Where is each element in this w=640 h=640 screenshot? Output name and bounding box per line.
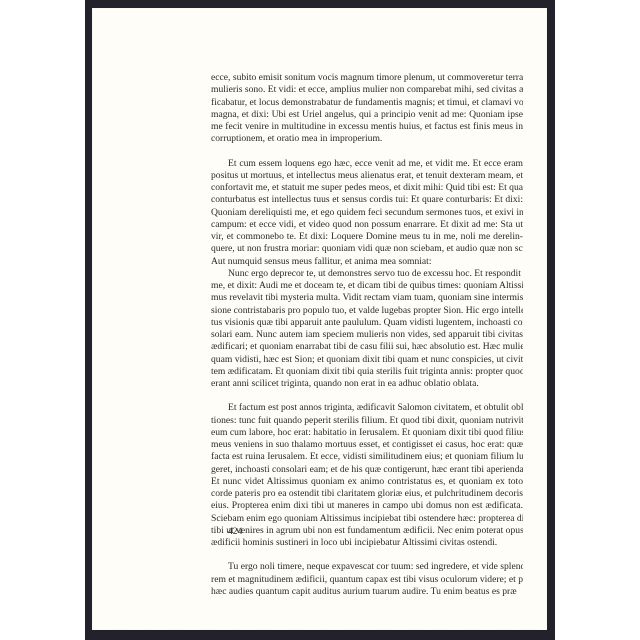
text-line: me, et dixit: Audi me et doceam te, et d… (211, 280, 523, 292)
text-line: positus ut mortuus, et intellectus meus … (211, 170, 523, 182)
text-line: ficabatur, et locus demonstrabatur de fu… (211, 97, 523, 109)
text-line: magna, et dixi: Ubi est Uriel angelus, q… (211, 109, 523, 121)
text-line: rem et magnitudinem ædificii, quantum ca… (211, 574, 523, 586)
paragraph: ecce, subito emisit sonitum vocis magnum… (211, 72, 523, 146)
text-line: ecce, subito emisit sonitum vocis magnum… (211, 72, 523, 84)
text-line: Et factum est post annos triginta, ædifi… (211, 402, 523, 414)
text-line: eius. Propterea enim dixi tibi ut manere… (211, 500, 523, 512)
text-line: eum cum labore, hoc erat: habitatio in I… (211, 427, 523, 439)
text-line: Sciebam enim ego quoniam Altissimus inci… (211, 513, 523, 525)
text-line: tem ædificatam. Et quoniam dixit tibi qu… (211, 366, 523, 378)
text-line: corruptionem, et oratio mea in improperi… (211, 133, 523, 145)
text-line: confortavit me, et statuit me super pede… (211, 182, 523, 194)
text-line: solari eam. Nunc autem iam speciem mulie… (211, 329, 523, 341)
text-line: Aut numquid sensus meus fallitur, et ani… (211, 256, 523, 268)
text-line: me fecit venire in multitudine in excess… (211, 121, 523, 133)
text-line: Et cum essem loquens ego hæc, ecce venit… (211, 158, 523, 170)
text-line: geret, inchoasti consolari eam; et de hi… (211, 464, 523, 476)
text-line: tus visionis quæ tibi apparuit ante paul… (211, 317, 523, 329)
paragraph: Nunc ergo deprecor te, ut demonstres ser… (211, 268, 523, 391)
text-line: Nunc ergo deprecor te, ut demonstres ser… (211, 268, 523, 280)
text-line: sione contristabaris pro populo tuo, et … (211, 305, 523, 317)
text-line: Et nunc videt Altissimus quoniam ex anim… (211, 476, 523, 488)
text-line: tiones: tunc fuit quando peperit sterili… (211, 415, 523, 427)
text-line: corde pateris pro ea ostendit tibi clari… (211, 488, 523, 500)
text-line: mulieris sono. Et vidi: et ecce, amplius… (211, 84, 523, 96)
text-line: facta est ruina Ierusalem. Et ecce, vidi… (211, 451, 523, 463)
text-line: hæc audies quantum capit auditus aurium … (211, 586, 523, 598)
text-line: ædificari; et quoniam enarrabat tibi de … (211, 341, 523, 353)
text-line: erant anni scilicet triginta, quando non… (211, 378, 523, 390)
page-number: 424 (228, 526, 242, 537)
paragraph: Et factum est post annos triginta, ædifi… (211, 402, 523, 549)
text-line: tibi ut venires in agrum ubi non est fun… (211, 525, 523, 537)
text-line: meus veniens in suo thalamo mortuus esse… (211, 439, 523, 451)
text-line: ædificii hominis sustineri in loco ubi i… (211, 537, 523, 549)
text-line: quam vidisti, hæc est Sion; et quoniam d… (211, 354, 523, 366)
text-line: Quoniam dereliquisti me, et ego quidem f… (211, 207, 523, 219)
text-line: campum: et ecce vidi, et video quod non … (211, 219, 523, 231)
text-line: Tu ergo noli timere, neque expavescat co… (211, 561, 523, 573)
paragraph: Et cum essem loquens ego hæc, ecce venit… (211, 158, 523, 268)
text-line: mus revelavit tibi mysteria multa. Vidit… (211, 292, 523, 304)
text-line: quere, ut non frustra moriar: quoniam vi… (211, 243, 523, 255)
body-text-block: ecce, subito emisit sonitum vocis magnum… (211, 72, 523, 598)
deckle-edge (92, 626, 547, 634)
paragraph: Tu ergo noli timere, neque expavescat co… (211, 561, 523, 598)
text-line: conturbatus est intellectus tuus et sens… (211, 194, 523, 206)
text-line: vir, et commonebo te. Et dixi: Loquere D… (211, 231, 523, 243)
